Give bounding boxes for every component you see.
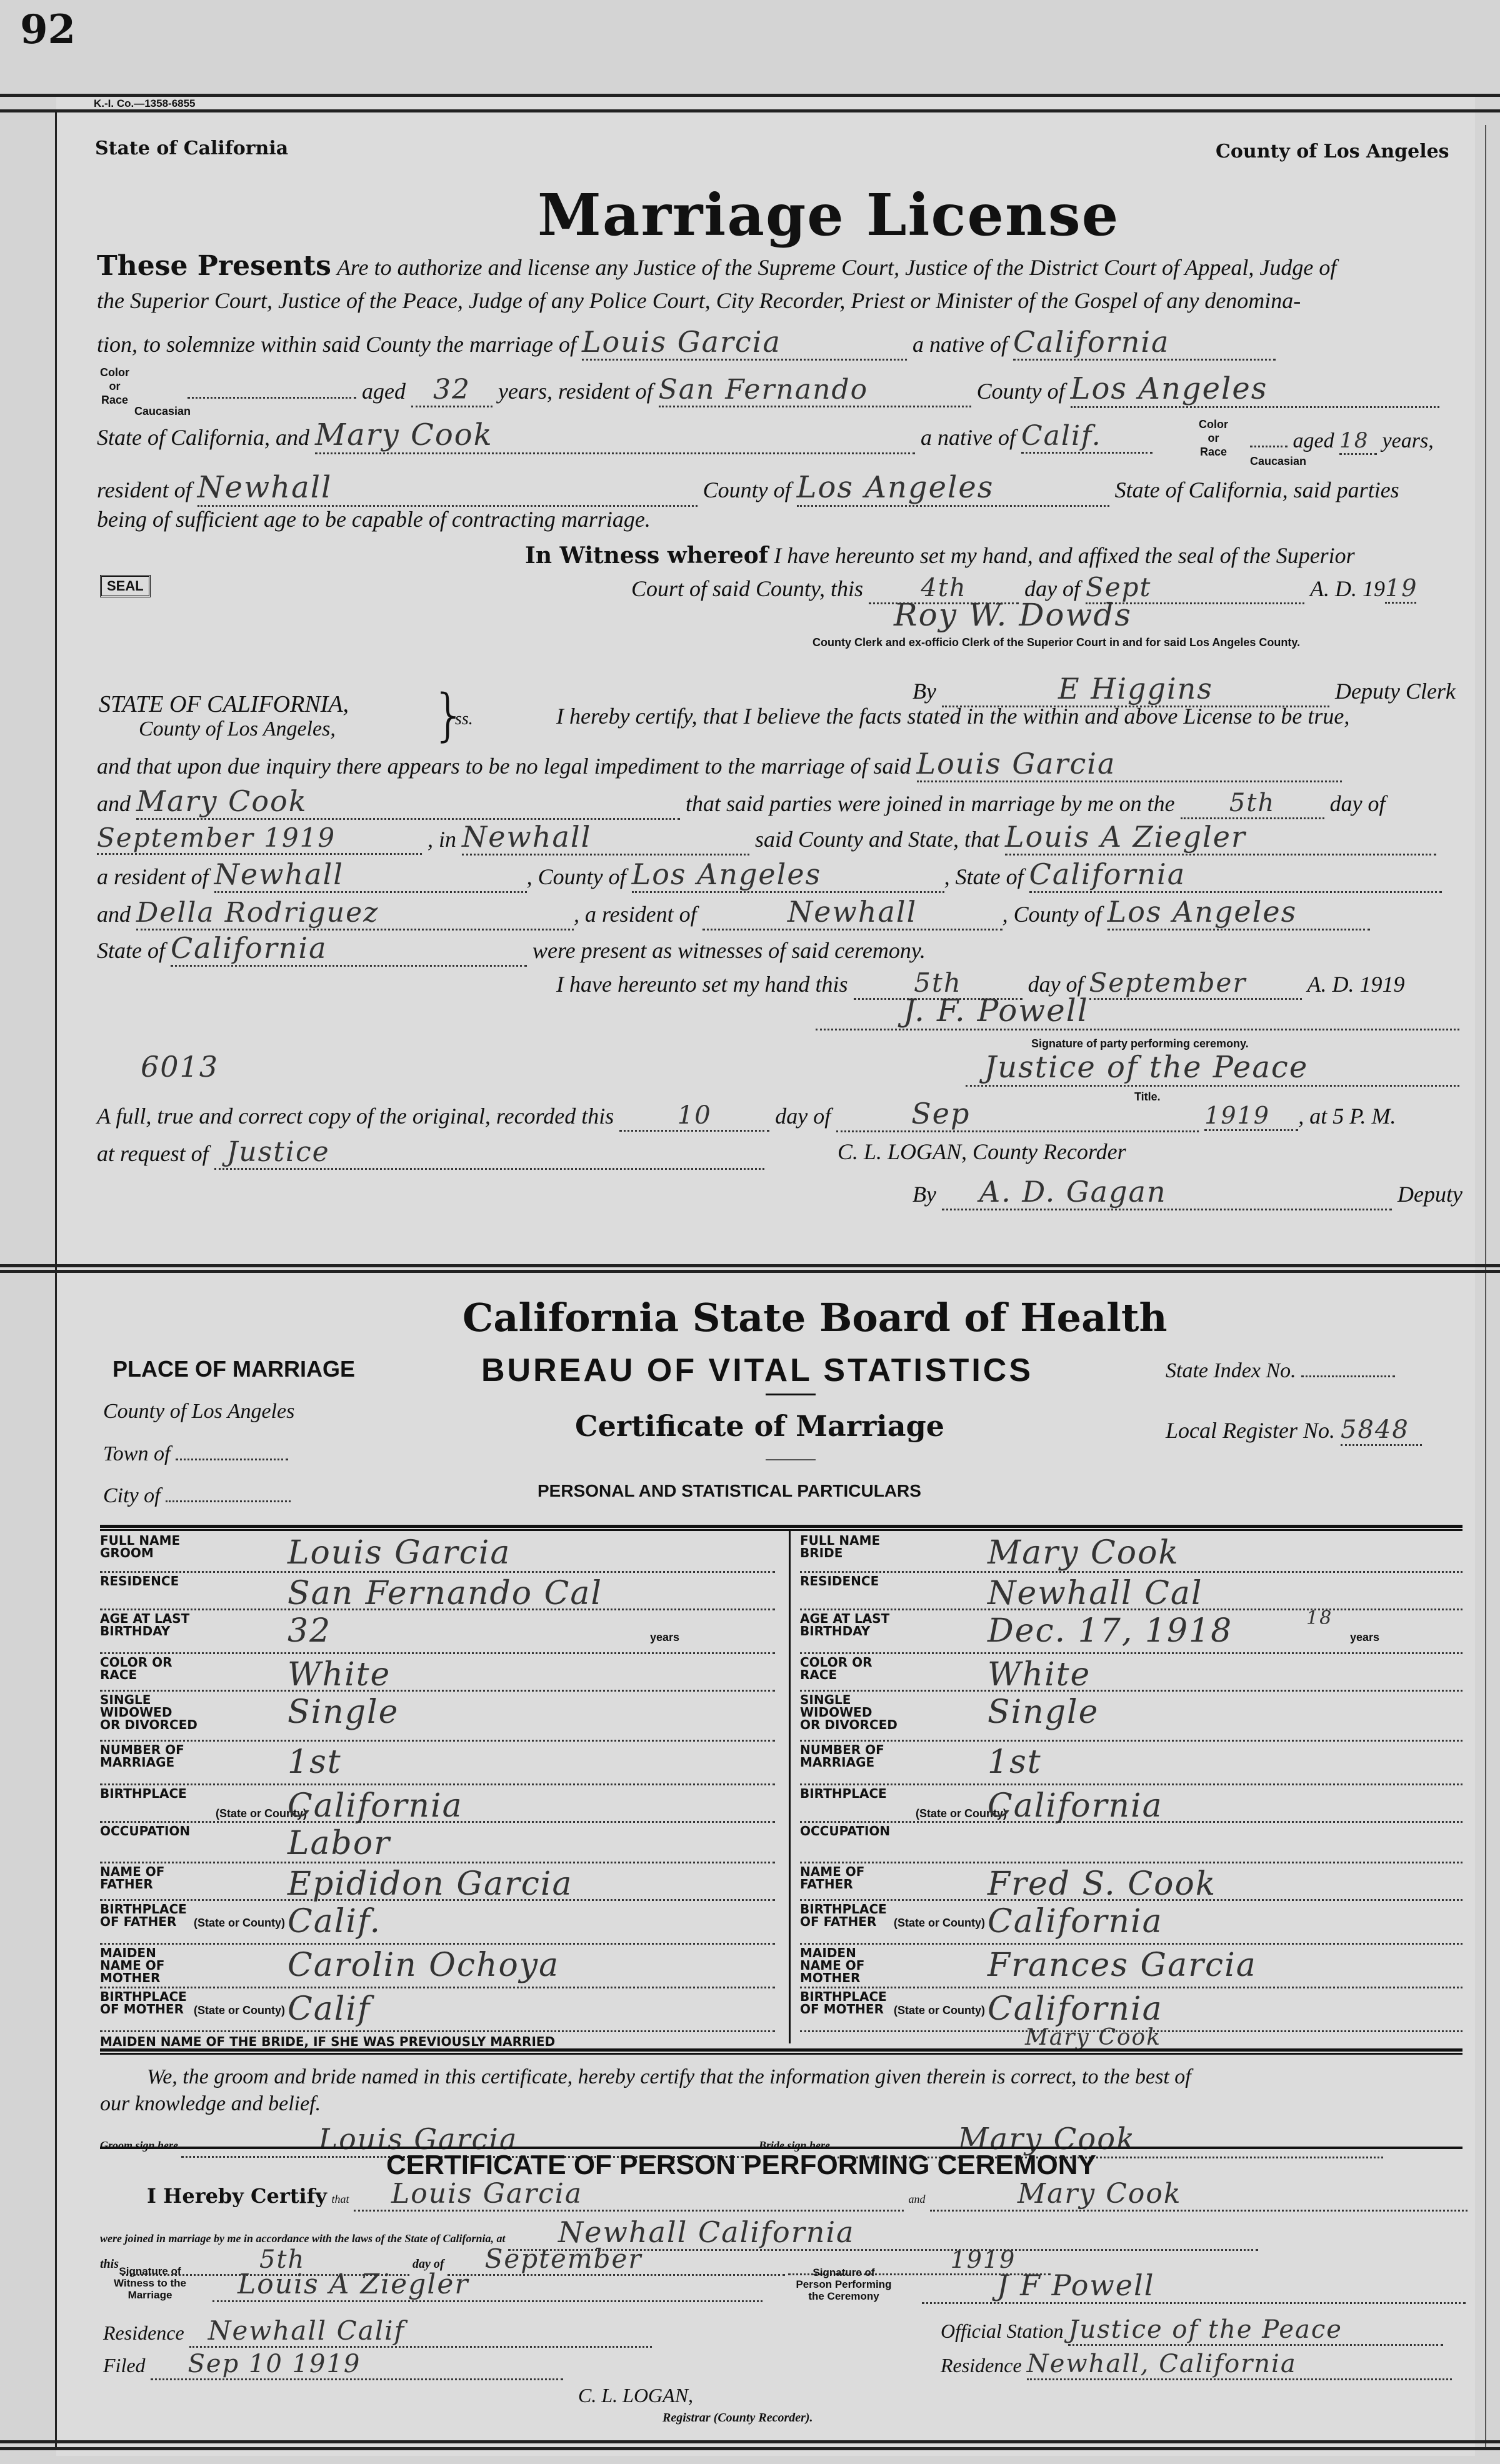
native-of-label-bride: a native of (921, 425, 1016, 450)
field-label: NUMBER OF MARRIAGE (800, 1743, 884, 1768)
deputy-clerk-label: Deputy Clerk (1335, 679, 1456, 704)
c-and-label: and (909, 2193, 926, 2205)
deputy-label: Deputy (1397, 1182, 1462, 1207)
rule-1 (766, 1394, 816, 1395)
city-field (166, 1500, 291, 1502)
field-value: 1st (287, 1743, 342, 1781)
clerk-signature: Roy W. Dowds (894, 597, 1132, 633)
caucasian-label-groom: Caucasian (134, 405, 191, 418)
color-race-bracket-groom: Color or Race (100, 366, 129, 407)
sign-rule (100, 2147, 1462, 2149)
witness-residence-label: Residence (103, 2322, 184, 2344)
recorded-month-field: Sep (836, 1097, 1199, 1132)
field-value: Frances Garcia (987, 1947, 1257, 1984)
field-value: Fred S. Cook (987, 1865, 1216, 1903)
place-of-marriage-label: PLACE OF MARRIAGE (112, 1356, 355, 1382)
field-label: NUMBER OF MARRIAGE (100, 1743, 184, 1768)
intro-lead: These Presents (97, 250, 331, 282)
filed-field: Sep 10 1919 (151, 2350, 563, 2380)
at-request-label: at request of (97, 1141, 209, 1166)
bride-county-field: Los Angeles (797, 470, 1109, 507)
certify-text-2: our knowledge and belief. (100, 2092, 321, 2116)
state-of-start-label: State of (97, 938, 165, 963)
witness2-county-field: Los Angeles (1107, 895, 1370, 930)
person-signature: J F Powell (922, 2268, 1466, 2304)
bottom-border (0, 2440, 1500, 2450)
witness2-resident-field: Newhall (702, 895, 1002, 930)
years-suffix: years (650, 1631, 679, 1644)
record-number: 6013 (141, 1050, 219, 1084)
state-and-label: State of California, and (97, 425, 309, 450)
field-sublabel: (State or County) (894, 2004, 985, 2017)
cert-county-label: County of Los Angeles, (139, 717, 336, 741)
town-label: Town of (103, 1442, 170, 1465)
registrar-name: C. L. LOGAN, (578, 2384, 693, 2407)
witness1-county-field: Los Angeles (632, 857, 944, 893)
field-value: Calif. (287, 1903, 381, 1940)
field-label: SINGLE WIDOWED OR DIVORCED (800, 1693, 897, 1731)
hereby-certify: I Hereby Certify (147, 2184, 327, 2208)
field-value: Mary Cook (987, 1534, 1179, 1572)
recorder-name: C. L. LOGAN, County Recorder (837, 1139, 1126, 1165)
field-rule (100, 1862, 775, 1863)
witness1-state-field: California (1029, 857, 1442, 893)
state-said-parties: State of California, said parties (1115, 477, 1399, 502)
officiant-title-field: Justice of the Peace (966, 1050, 1459, 1087)
field-label: RESIDENCE (800, 1575, 879, 1587)
field-value: San Fernando Cal (287, 1575, 602, 1612)
field-value: 1st (987, 1743, 1042, 1781)
cert-in-label: , in (427, 827, 456, 852)
field-value: Carolin Ochoya (287, 1947, 559, 1984)
official-station-field: Justice of the Peace (1068, 2315, 1443, 2346)
witness-lead: In Witness whereof (525, 542, 768, 569)
county-of-label-bride: County of (703, 477, 791, 502)
particulars-title: PERSONAL AND STATISTICAL PARTICULARS (537, 1481, 921, 1501)
field-label: FULL NAME GROOM (100, 1534, 180, 1559)
recorded-day-of: day of (775, 1104, 831, 1129)
section-divider (0, 1264, 1500, 1273)
aged-label-bride: aged (1293, 429, 1334, 452)
field-label: RESIDENCE (100, 1575, 179, 1587)
town-field (176, 1459, 288, 1460)
field-label: COLOR OR RACE (800, 1656, 872, 1681)
field-rule (800, 1862, 1462, 1863)
field-rule (100, 1943, 775, 1945)
witness-text-2: Court of said County, this (631, 576, 863, 601)
years-label: years, (1382, 429, 1434, 452)
a-resident-of-label: a resident of (97, 864, 209, 889)
field-rule (800, 1899, 1462, 1901)
cert-title: Certificate of Marriage (575, 1409, 944, 1443)
intro-text-1: Are to authorize and license any Justice… (337, 255, 1336, 280)
bride-age-value: 18 (1306, 1607, 1332, 1629)
county-header: County of Los Angeles (1216, 141, 1449, 162)
field-value: California (987, 1787, 1163, 1825)
field-value: White (987, 1656, 1091, 1693)
cert-bride-field: Mary Cook (136, 784, 680, 820)
certify-text-1: We, the groom and bride named in this ce… (147, 2065, 1191, 2089)
field-rule (800, 1987, 1462, 1988)
registrar-title: Registrar (County Recorder). (662, 2411, 813, 2425)
field-rule (800, 1609, 1462, 1610)
state-of-label-w1: , State of (944, 864, 1024, 889)
recorded-day-field: 10 (619, 1101, 769, 1132)
field-value: Single (287, 1693, 399, 1731)
field-value: California (987, 1990, 1163, 2028)
witness2-resident-label: , a resident of (574, 902, 697, 927)
groom-native-of-field: California (1013, 325, 1276, 361)
c-groom-field: Louis Garcia (354, 2178, 904, 2212)
set-hand-text: I have hereunto set my hand this (556, 972, 848, 997)
field-sublabel: (State or County) (194, 1917, 285, 1930)
field-label: FULL NAME BRIDE (800, 1534, 880, 1559)
field-rule (100, 1652, 775, 1654)
field-label: OCCUPATION (100, 1825, 190, 1837)
field-rule (100, 1609, 775, 1610)
witness2-name-field: Della Rodriguez (136, 897, 574, 930)
caucasian-label-bride: Caucasian (1250, 455, 1306, 468)
field-label: BIRTHPLACE (100, 1787, 187, 1800)
field-rule (100, 1571, 775, 1573)
bride-age-field: 18 (1339, 428, 1377, 455)
years-suffix: years (1350, 1631, 1379, 1644)
field-label: MAIDEN NAME OF MOTHER (800, 1947, 864, 1984)
field-value: Dec. 17, 1918 (987, 1612, 1232, 1650)
field-label: OCCUPATION (800, 1825, 890, 1837)
recorded-time: , at 5 P. M. (1298, 1104, 1396, 1129)
deputy-signature: E Higgins (942, 672, 1329, 707)
issue-year-field: 19 (1385, 574, 1416, 604)
county-of-label: County of (977, 379, 1065, 404)
sufficient-age-text: being of sufficient age to be capable of… (97, 506, 1459, 532)
state-index-field (1301, 1375, 1395, 1377)
field-value: White (287, 1656, 391, 1693)
field-rule (100, 1783, 775, 1785)
field-value: Louis Garcia (287, 1534, 511, 1572)
years-resident-label: years, resident of (498, 379, 653, 404)
joined-text: were joined in marriage by me in accorda… (100, 2232, 506, 2245)
recorder-by-label: By (912, 1182, 936, 1207)
county-of-label-w2: , County of (1002, 902, 1102, 927)
field-rule (800, 1740, 1462, 1742)
board-title: California State Board of Health (462, 1295, 1167, 1340)
witness-sig-label: Signature of Witness to the Marriage (103, 2265, 197, 2301)
resident-of-label: resident of (97, 477, 192, 502)
page-number: 92 (20, 6, 76, 53)
ss-label: ss. (455, 709, 473, 729)
bureau-title: BUREAU OF VITAL STATISTICS (481, 1352, 1033, 1389)
cert-text-3: that said parties were joined in marriag… (686, 791, 1175, 816)
witness1-resident-field: Newhall (214, 857, 527, 893)
table-top-rule (100, 1525, 1462, 1531)
cert-text-1: I hereby certify, that I believe the fac… (556, 703, 1349, 729)
field-label: COLOR OR RACE (100, 1656, 172, 1681)
witness2-state-field: California (171, 931, 527, 967)
clerk-title: County Clerk and ex-officio Clerk of the… (812, 636, 1300, 649)
license-title: Marriage License (537, 181, 1119, 249)
field-rule (100, 1740, 775, 1742)
maiden-name-label: MAIDEN NAME OF THE BRIDE, IF SHE WAS PRE… (100, 2034, 555, 2049)
field-sublabel: (State or County) (894, 1917, 985, 1930)
field-rule (800, 1690, 1462, 1692)
local-register-label: Local Register No. (1166, 1418, 1335, 1443)
person-sig-label: Signature of Person Performing the Cerem… (781, 2267, 906, 2302)
field-value: Newhall Cal (987, 1575, 1203, 1612)
document-page: 92 K.-I. Co.—1358-6855 State of Californ… (0, 0, 1500, 2464)
county-of-label-w1: , County of (527, 864, 626, 889)
bride-native-of-field: Calif. (1021, 420, 1152, 454)
table-bottom-rule (100, 2048, 1462, 2055)
field-value: Epididon Garcia (287, 1865, 573, 1903)
officiant-signature: J. F. Powell (816, 992, 1459, 1030)
rule-2 (766, 1459, 816, 1460)
cert-groom-field: Louis Garcia (917, 747, 1342, 782)
at-request-field: Justice (214, 1136, 764, 1170)
city-label: City of (103, 1484, 161, 1507)
local-register-field: 5848 (1341, 1415, 1422, 1446)
field-label: MAIDEN NAME OF MOTHER (100, 1947, 164, 1984)
cert-text-2: and that upon due inquiry there appears … (97, 754, 911, 779)
field-rule (100, 1690, 775, 1692)
recorded-text: A full, true and correct copy of the ori… (97, 1104, 614, 1129)
were-present-text: were present as witnesses of said ceremo… (532, 938, 926, 963)
field-rule (100, 1987, 775, 1988)
field-rule (800, 1943, 1462, 1945)
witness-residence-field: Newhall Calif (189, 2315, 652, 2348)
cert-month-year-field: September 1919 (97, 822, 422, 855)
field-rule (100, 1821, 775, 1823)
field-label: AGE AT LAST BIRTHDAY (800, 1612, 889, 1637)
state-index-label: State Index No. (1166, 1359, 1296, 1382)
official-station-label: Official Station (941, 2320, 1063, 2342)
maiden-name-value: Mary Cook (1025, 2025, 1161, 2050)
color-race-bracket-bride: Color or Race (1199, 417, 1228, 459)
aged-label: aged (362, 379, 406, 404)
c-bride-field: Mary Cook (930, 2178, 1467, 2212)
field-sublabel: (State or County) (194, 2004, 285, 2017)
field-label: BIRTHPLACE (800, 1787, 887, 1800)
person-residence-label: Residence (941, 2354, 1022, 2377)
county-line: County of Los Angeles (103, 1400, 294, 1424)
field-value: California (987, 1903, 1163, 1940)
cert-day-field: 5th (1181, 789, 1324, 819)
intro-text-2: the Superior Court, Justice of the Peace… (97, 287, 1459, 314)
field-value: Single (987, 1693, 1099, 1731)
witness1-name-field: Louis A Ziegler (1005, 820, 1436, 855)
cert-and-label: and (97, 791, 131, 816)
left-margin-rule (55, 111, 57, 2448)
groom-resident-field: San Fernando (659, 374, 971, 407)
right-edge-rule (1485, 125, 1486, 2450)
seal-box: SEAL (100, 575, 151, 597)
by-label: By (912, 679, 936, 704)
column-divider (789, 1531, 791, 2043)
signature-label: Signature of party performing ceremony. (1031, 1037, 1249, 1050)
groom-name-field: Louis Garcia (582, 325, 907, 361)
recorder-deputy-field: A. D. Gagan (942, 1175, 1392, 1210)
field-rule (100, 1899, 775, 1901)
witness-text-1: I have hereunto set my hand, and affixed… (774, 543, 1354, 568)
field-rule (800, 1821, 1462, 1823)
that-label: that (332, 2193, 349, 2205)
bride-resident-field: Newhall (197, 470, 697, 507)
filed-label: Filed (103, 2354, 146, 2377)
field-value: Labor (287, 1825, 391, 1862)
field-label: BIRTHPLACE OF MOTHER (100, 1990, 187, 2015)
ad-label: A. D. 19 (1310, 576, 1385, 601)
cert-place-field: Newhall (462, 820, 749, 855)
cert-state-label: STATE OF CALIFORNIA, (99, 691, 349, 718)
bride-name-field: Mary Cook (315, 417, 915, 454)
witness-signature: Louis A Ziegler (212, 2268, 762, 2302)
cert-and-label-2: and (97, 902, 131, 927)
cert-day-of-label: day of (1330, 791, 1386, 816)
groom-county-field: Los Angeles (1071, 371, 1439, 408)
groom-age-field: 32 (411, 374, 492, 407)
field-label: BIRTHPLACE OF FATHER (800, 1903, 887, 1928)
field-label: BIRTHPLACE OF MOTHER (800, 1990, 887, 2015)
field-label: AGE AT LAST BIRTHDAY (100, 1612, 189, 1637)
recorded-year-field: 1919 (1204, 1102, 1298, 1131)
native-of-label: a native of (912, 332, 1007, 357)
field-label: SINGLE WIDOWED OR DIVORCED (100, 1693, 197, 1731)
field-label: BIRTHPLACE OF FATHER (100, 1903, 187, 1928)
field-value: Calif (287, 1990, 371, 2028)
field-label: NAME OF FATHER (800, 1865, 864, 1890)
print-code: K.-I. Co.—1358-6855 (94, 97, 196, 110)
field-value: California (287, 1787, 463, 1825)
cert-text-4: said County and State, that (755, 827, 999, 852)
field-rule (800, 1652, 1462, 1654)
person-residence-field: Newhall, California (1027, 2350, 1452, 2380)
groom-sign-label: Groom sign here (100, 2139, 178, 2152)
field-value: 32 (287, 1612, 331, 1650)
field-rule (800, 1783, 1462, 1785)
intro-text-3: tion, to solemnize within said County th… (97, 332, 576, 357)
ceremony-title: CERTIFICATE OF PERSON PERFORMING CEREMON… (386, 2150, 1096, 2181)
field-rule (800, 1571, 1462, 1573)
top-border (0, 94, 1500, 112)
state-header: State of California (95, 137, 288, 159)
field-rule (100, 2030, 775, 2032)
field-label: NAME OF FATHER (100, 1865, 164, 1890)
